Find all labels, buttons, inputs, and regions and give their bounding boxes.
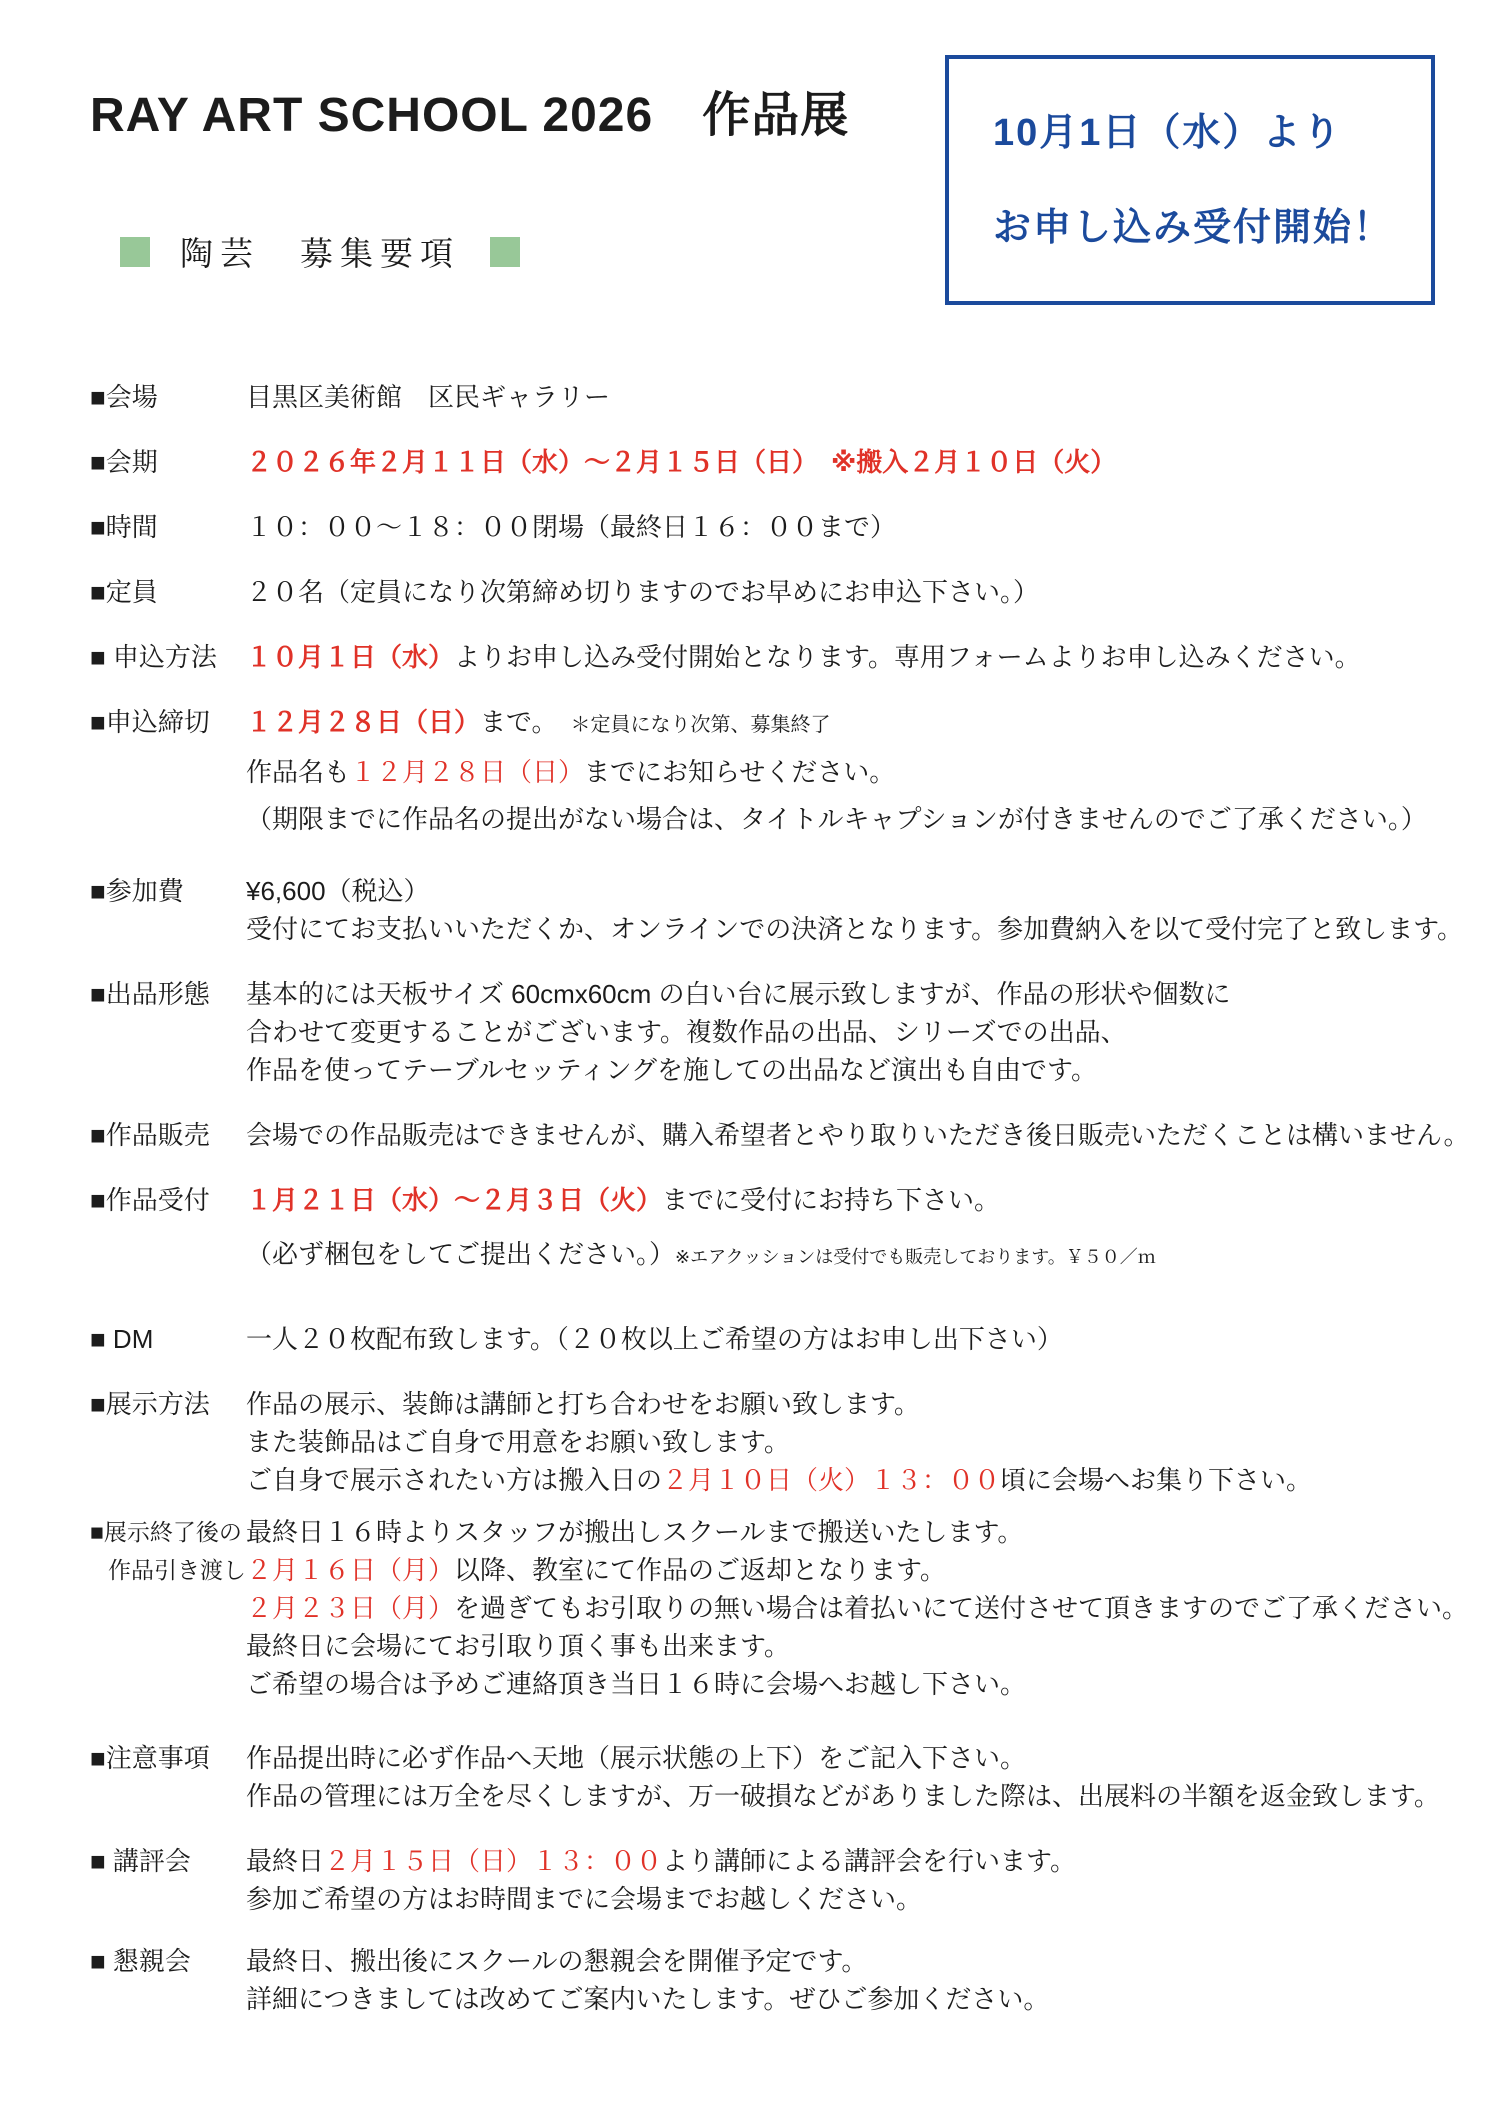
row-label: ■会期 [90, 443, 246, 481]
detail-row-moushikomi-shimekiri: ■申込締切１２月２８日（日）まで。 ＊定員になり次第、募集終了作品名も１２月２８… [90, 703, 1500, 838]
row-content: ¥6,600（税込）受付にてお支払いいただくか、オンラインでの決済となります。参… [246, 872, 1500, 948]
content-line: ¥6,600（税込） [246, 872, 1500, 910]
body-text: ご自身で展示されたい方は搬入日の [246, 1465, 662, 1495]
row-label: ■時間 [90, 508, 246, 546]
row-content: １０月１日（水）よりお申し込み受付開始となります。専用フォームよりお申し込みくだ… [246, 638, 1500, 676]
row-content: 一人２０枚配布致します。（２０枚以上ご希望の方はお申し出下さい） [246, 1320, 1500, 1358]
detail-row-jikan: ■時間１０：００～１８：００閉場（最終日１６：００まで） [90, 508, 1500, 546]
body-text: 一人２０枚配布致します。（２０枚以上ご希望の方はお申し出下さい） [246, 1324, 1063, 1354]
application-start-notice-box: 10月1日（水）より お申し込み受付開始！ [945, 55, 1435, 305]
body-text: 作品名も [246, 757, 350, 787]
row-label: ■出品形態 [90, 975, 246, 1013]
body-text: ２０名（定員になり次第締め切りますのでお早めにお申込下さい。） [246, 577, 1039, 607]
content-line: 作品の展示、装飾は講師と打ち合わせをお願い致します。 [246, 1385, 1500, 1423]
content-line: １月２１日（水）～２月３日（火）までに受付にお持ち下さい。 [246, 1181, 1500, 1219]
detail-row-kaijou: ■会場目黒区美術館 区民ギャラリー [90, 378, 1500, 416]
content-line: 作品の管理には万全を尽くしますが、万一破損などがありました際は、出展料の半額を返… [246, 1777, 1500, 1815]
body-text: よりお申し込み受付開始となります。専用フォームよりお申し込みください。 [454, 642, 1361, 672]
detail-row-sanka-hi: ■参加費¥6,600（税込）受付にてお支払いいただくか、オンラインでの決済となり… [90, 872, 1500, 948]
detail-row-teiin: ■定員２０名（定員になり次第締め切りますのでお早めにお申込下さい。） [90, 573, 1500, 611]
row-label: ■展示方法 [90, 1385, 246, 1423]
body-text: 最終日１６時よりスタッフが搬出しスクールまで搬送いたします。 [246, 1517, 1023, 1547]
content-line: 目黒区美術館 区民ギャラリー [246, 378, 1500, 416]
content-line: （必ず梱包をしてご提出ください。）※エアクッションは受付でも販売しております。￥… [246, 1235, 1500, 1276]
content-line: ２０名（定員になり次第締め切りますのでお早めにお申込下さい。） [246, 573, 1500, 611]
green-square-icon [490, 237, 520, 267]
notice-line-1: 10月1日（水）より [993, 101, 1411, 156]
body-text: 最終日、搬出後にスクールの懇親会を開催予定です。 [246, 1946, 867, 1976]
body-text: 作品を使ってテーブルセッティングを施しての出品など演出も自由です。 [246, 1055, 1097, 1085]
detail-row-shuppin-keitai: ■出品形態基本的には天板サイズ 60cmx60cm の白い台に展示致しますが、作… [90, 975, 1500, 1089]
content-line: １２月２８日（日）まで。 ＊定員になり次第、募集終了 [246, 703, 1500, 744]
content-line: （期限までに作品名の提出がない場合は、タイトルキャプションが付きませんのでご了承… [246, 800, 1500, 838]
highlight-date-text: １月２１日（水）～２月３日（火） [246, 1185, 662, 1215]
content-line: ２０２６年２月１１日（水）～２月１５日（日） ※搬入２月１０日（火） [246, 443, 1500, 481]
body-text: 作品の管理には万全を尽くしますが、万一破損などがありました際は、出展料の半額を返… [246, 1781, 1440, 1811]
body-text: 以降、教室にて作品のご返却となります。 [454, 1555, 946, 1585]
content-line: ご自身で展示されたい方は搬入日の２月１０日（火）１３：００頃に会場へお集り下さい… [246, 1461, 1500, 1499]
body-text: 最終日 [246, 1846, 324, 1876]
row-label: ■展示終了後の作品引き渡し [90, 1513, 246, 1589]
row-label: ■ 申込方法 [90, 638, 246, 676]
row-content: ２０名（定員になり次第締め切りますのでお早めにお申込下さい。） [246, 573, 1500, 611]
highlight-date-text: １０月１日（水） [246, 642, 454, 672]
row-content: 目黒区美術館 区民ギャラリー [246, 378, 1500, 416]
content-line: 作品提出時に必ず作品へ天地（展示状態の上下）をご記入下さい。 [246, 1739, 1500, 1777]
detail-row-chuui: ■注意事項作品提出時に必ず作品へ天地（展示状態の上下）をご記入下さい。作品の管理… [90, 1739, 1500, 1815]
content-line: 最終日１６時よりスタッフが搬出しスクールまで搬送いたします。 [246, 1513, 1500, 1551]
detail-row-hikiwatashi: ■展示終了後の作品引き渡し最終日１６時よりスタッフが搬出しスクールまで搬送いたし… [90, 1513, 1500, 1703]
row-label: ■作品受付 [90, 1181, 246, 1219]
detail-row-kaiki: ■会期２０２６年２月１１日（水）～２月１５日（日） ※搬入２月１０日（火） [90, 443, 1500, 481]
row-content: 最終日、搬出後にスクールの懇親会を開催予定です。詳細につきましては改めてご案内い… [246, 1942, 1500, 2018]
content-line: 最終日に会場にてお引取り頂く事も出来ます。 [246, 1627, 1500, 1665]
detail-row-konshinkai: ■ 懇親会最終日、搬出後にスクールの懇親会を開催予定です。詳細につきましては改め… [90, 1942, 1500, 2018]
body-text: を過ぎてもお引取りの無い場合は着払いにて送付させて頂きますのでご了承ください。 [454, 1593, 1468, 1623]
body-text: ※エアクッションは受付でも販売しております。￥５０／ｍ [675, 1247, 1156, 1267]
detail-row-kouhyoukai: ■ 講評会最終日２月１５日（日）１３：００より講師による講評会を行います。参加ご… [90, 1842, 1500, 1918]
body-text: 詳細につきましては改めてご案内いたします。ぜひご参加ください。 [246, 1984, 1049, 2014]
flyer-page: RAY ART SCHOOL 2026 作品展 10月1日（水）より お申し込み… [0, 0, 1500, 2123]
row-label: ■参加費 [90, 872, 246, 910]
row-content: 作品の展示、装飾は講師と打ち合わせをお願い致します。また装飾品はご自身で用意をお… [246, 1385, 1500, 1499]
row-content: 作品提出時に必ず作品へ天地（展示状態の上下）をご記入下さい。作品の管理には万全を… [246, 1739, 1500, 1815]
body-text: 作品提出時に必ず作品へ天地（展示状態の上下）をご記入下さい。 [246, 1743, 1026, 1773]
body-text: までにお知らせください。 [584, 757, 895, 787]
body-text: （期限までに作品名の提出がない場合は、タイトルキャプションが付きませんのでご了承… [246, 804, 1427, 834]
content-line: ご希望の場合は予めご連絡頂き当日１６時に会場へお越し下さい。 [246, 1665, 1500, 1703]
content-line: 会場での作品販売はできませんが、購入希望者とやり取りいただき後日販売いただくこと… [246, 1116, 1500, 1154]
content-line: 一人２０枚配布致します。（２０枚以上ご希望の方はお申し出下さい） [246, 1320, 1500, 1358]
content-line: ２月２３日（月）を過ぎてもお引取りの無い場合は着払いにて送付させて頂きますのでご… [246, 1589, 1500, 1627]
row-content: ２０２６年２月１１日（水）～２月１５日（日） ※搬入２月１０日（火） [246, 443, 1500, 481]
highlight-date-text: ２０２６年２月１１日（水）～２月１５日（日） ※搬入２月１０日（火） [246, 447, 1116, 477]
content-line: １０：００～１８：００閉場（最終日１６：００まで） [246, 508, 1500, 546]
detail-row-sakuhin-uketsuke: ■作品受付１月２１日（水）～２月３日（火）までに受付にお持ち下さい。（必ず梱包を… [90, 1181, 1500, 1276]
body-text: １０：００～１８：００閉場（最終日１６：００まで） [246, 512, 896, 542]
content-line: また装飾品はご自身で用意をお願い致します。 [246, 1423, 1500, 1461]
row-label: ■ 講評会 [90, 1842, 246, 1880]
row-content: 会場での作品販売はできませんが、購入希望者とやり取りいただき後日販売いただくこと… [246, 1116, 1500, 1154]
body-text: 参加ご希望の方はお時間までに会場までお越しください。 [246, 1884, 922, 1914]
body-text: 頃に会場へお集り下さい。 [1000, 1465, 1312, 1495]
section-heading: 陶芸 募集要項 [120, 228, 520, 275]
body-text: 最終日に会場にてお引取り頂く事も出来ます。 [246, 1631, 790, 1661]
body-text: ＊定員になり次第、募集終了 [571, 714, 831, 736]
row-label: ■ 懇親会 [90, 1942, 246, 1980]
body-text: 目黒区美術館 区民ギャラリー [246, 382, 610, 412]
body-text: 基本的には天板サイズ 60cmx60cm の白い台に展示致しますが、作品の形状や… [246, 979, 1231, 1009]
body-text: までに受付にお持ち下さい。 [662, 1185, 1000, 1215]
content-line: １０月１日（水）よりお申し込み受付開始となります。専用フォームよりお申し込みくだ… [246, 638, 1500, 676]
row-label: ■ DM [90, 1320, 246, 1358]
highlight-date-text: １２月２８日（日） [350, 757, 584, 787]
highlight-date-text: ２月１０日（火）１３：００ [662, 1465, 1000, 1495]
notice-line-2: お申し込み受付開始！ [993, 196, 1411, 251]
content-line: ２月１６日（月）以降、教室にて作品のご返却となります。 [246, 1551, 1500, 1589]
highlight-date-text: ２月１６日（月） [246, 1555, 454, 1585]
details-list: ■会場目黒区美術館 区民ギャラリー■会期２０２６年２月１１日（水）～２月１５日（… [90, 378, 1500, 2018]
row-label: ■申込締切 [90, 703, 246, 741]
detail-row-moushikomi-houhou: ■ 申込方法１０月１日（水）よりお申し込み受付開始となります。専用フォームよりお… [90, 638, 1500, 676]
content-line: 作品を使ってテーブルセッティングを施しての出品など演出も自由です。 [246, 1051, 1500, 1089]
row-label: ■作品販売 [90, 1116, 246, 1154]
highlight-date-text: ２月２３日（月） [246, 1593, 454, 1623]
content-line: 最終日、搬出後にスクールの懇親会を開催予定です。 [246, 1942, 1500, 1980]
row-content: 最終日２月１５日（日）１３：００より講師による講評会を行います。参加ご希望の方は… [246, 1842, 1500, 1918]
row-content: １０：００～１８：００閉場（最終日１６：００まで） [246, 508, 1500, 546]
body-text: ¥6,600（税込） [246, 876, 430, 906]
body-text: 受付にてお支払いいただくか、オンラインでの決済となります。参加費納入を以て受付完… [246, 914, 1463, 944]
row-label: ■注意事項 [90, 1739, 246, 1777]
row-content: １月２１日（水）～２月３日（火）までに受付にお持ち下さい。（必ず梱包をしてご提出… [246, 1181, 1500, 1276]
content-line: 受付にてお支払いいただくか、オンラインでの決済となります。参加費納入を以て受付完… [246, 910, 1500, 948]
highlight-date-text: ２月１５日（日）１３：００ [324, 1846, 662, 1876]
body-text: （必ず梱包をしてご提出ください。） [246, 1239, 675, 1269]
body-text: ご希望の場合は予めご連絡頂き当日１６時に会場へお越し下さい。 [246, 1669, 1026, 1699]
content-line: 詳細につきましては改めてご案内いたします。ぜひご参加ください。 [246, 1980, 1500, 2018]
detail-row-sakuhin-hanbai: ■作品販売会場での作品販売はできませんが、購入希望者とやり取りいただき後日販売い… [90, 1116, 1500, 1154]
body-text: また装飾品はご自身で用意をお願い致します。 [246, 1427, 790, 1457]
content-line: 作品名も１２月２８日（日）までにお知らせください。 [246, 753, 1500, 791]
body-text: より講師による講評会を行います。 [662, 1846, 1076, 1876]
row-content: 基本的には天板サイズ 60cmx60cm の白い台に展示致しますが、作品の形状や… [246, 975, 1500, 1089]
body-text: 合わせて変更することがございます。複数作品の出品、シリーズでの出品、 [246, 1017, 1127, 1047]
row-content: 最終日１６時よりスタッフが搬出しスクールまで搬送いたします。２月１６日（月）以降… [246, 1513, 1500, 1703]
detail-row-tenji-houhou: ■展示方法作品の展示、装飾は講師と打ち合わせをお願い致します。また装飾品はご自身… [90, 1385, 1500, 1499]
row-label: ■会場 [90, 378, 246, 416]
content-line: 最終日２月１５日（日）１３：００より講師による講評会を行います。 [246, 1842, 1500, 1880]
body-text: 会場での作品販売はできませんが、購入希望者とやり取りいただき後日販売いただくこと… [246, 1120, 1470, 1150]
body-text: まで。 [480, 707, 570, 737]
row-label: ■定員 [90, 573, 246, 611]
highlight-date-text: １２月２８日（日） [246, 707, 480, 737]
content-line: 合わせて変更することがございます。複数作品の出品、シリーズでの出品、 [246, 1013, 1500, 1051]
page-title: RAY ART SCHOOL 2026 作品展 [90, 76, 849, 145]
body-text: 作品の展示、装飾は講師と打ち合わせをお願い致します。 [246, 1389, 920, 1419]
detail-row-dm: ■ DM一人２０枚配布致します。（２０枚以上ご希望の方はお申し出下さい） [90, 1320, 1500, 1358]
row-content: １２月２８日（日）まで。 ＊定員になり次第、募集終了作品名も１２月２８日（日）ま… [246, 703, 1500, 838]
section-heading-text: 陶芸 募集要項 [180, 228, 460, 275]
content-line: 参加ご希望の方はお時間までに会場までお越しください。 [246, 1880, 1500, 1918]
content-line: 基本的には天板サイズ 60cmx60cm の白い台に展示致しますが、作品の形状や… [246, 975, 1500, 1013]
green-square-icon [120, 237, 150, 267]
